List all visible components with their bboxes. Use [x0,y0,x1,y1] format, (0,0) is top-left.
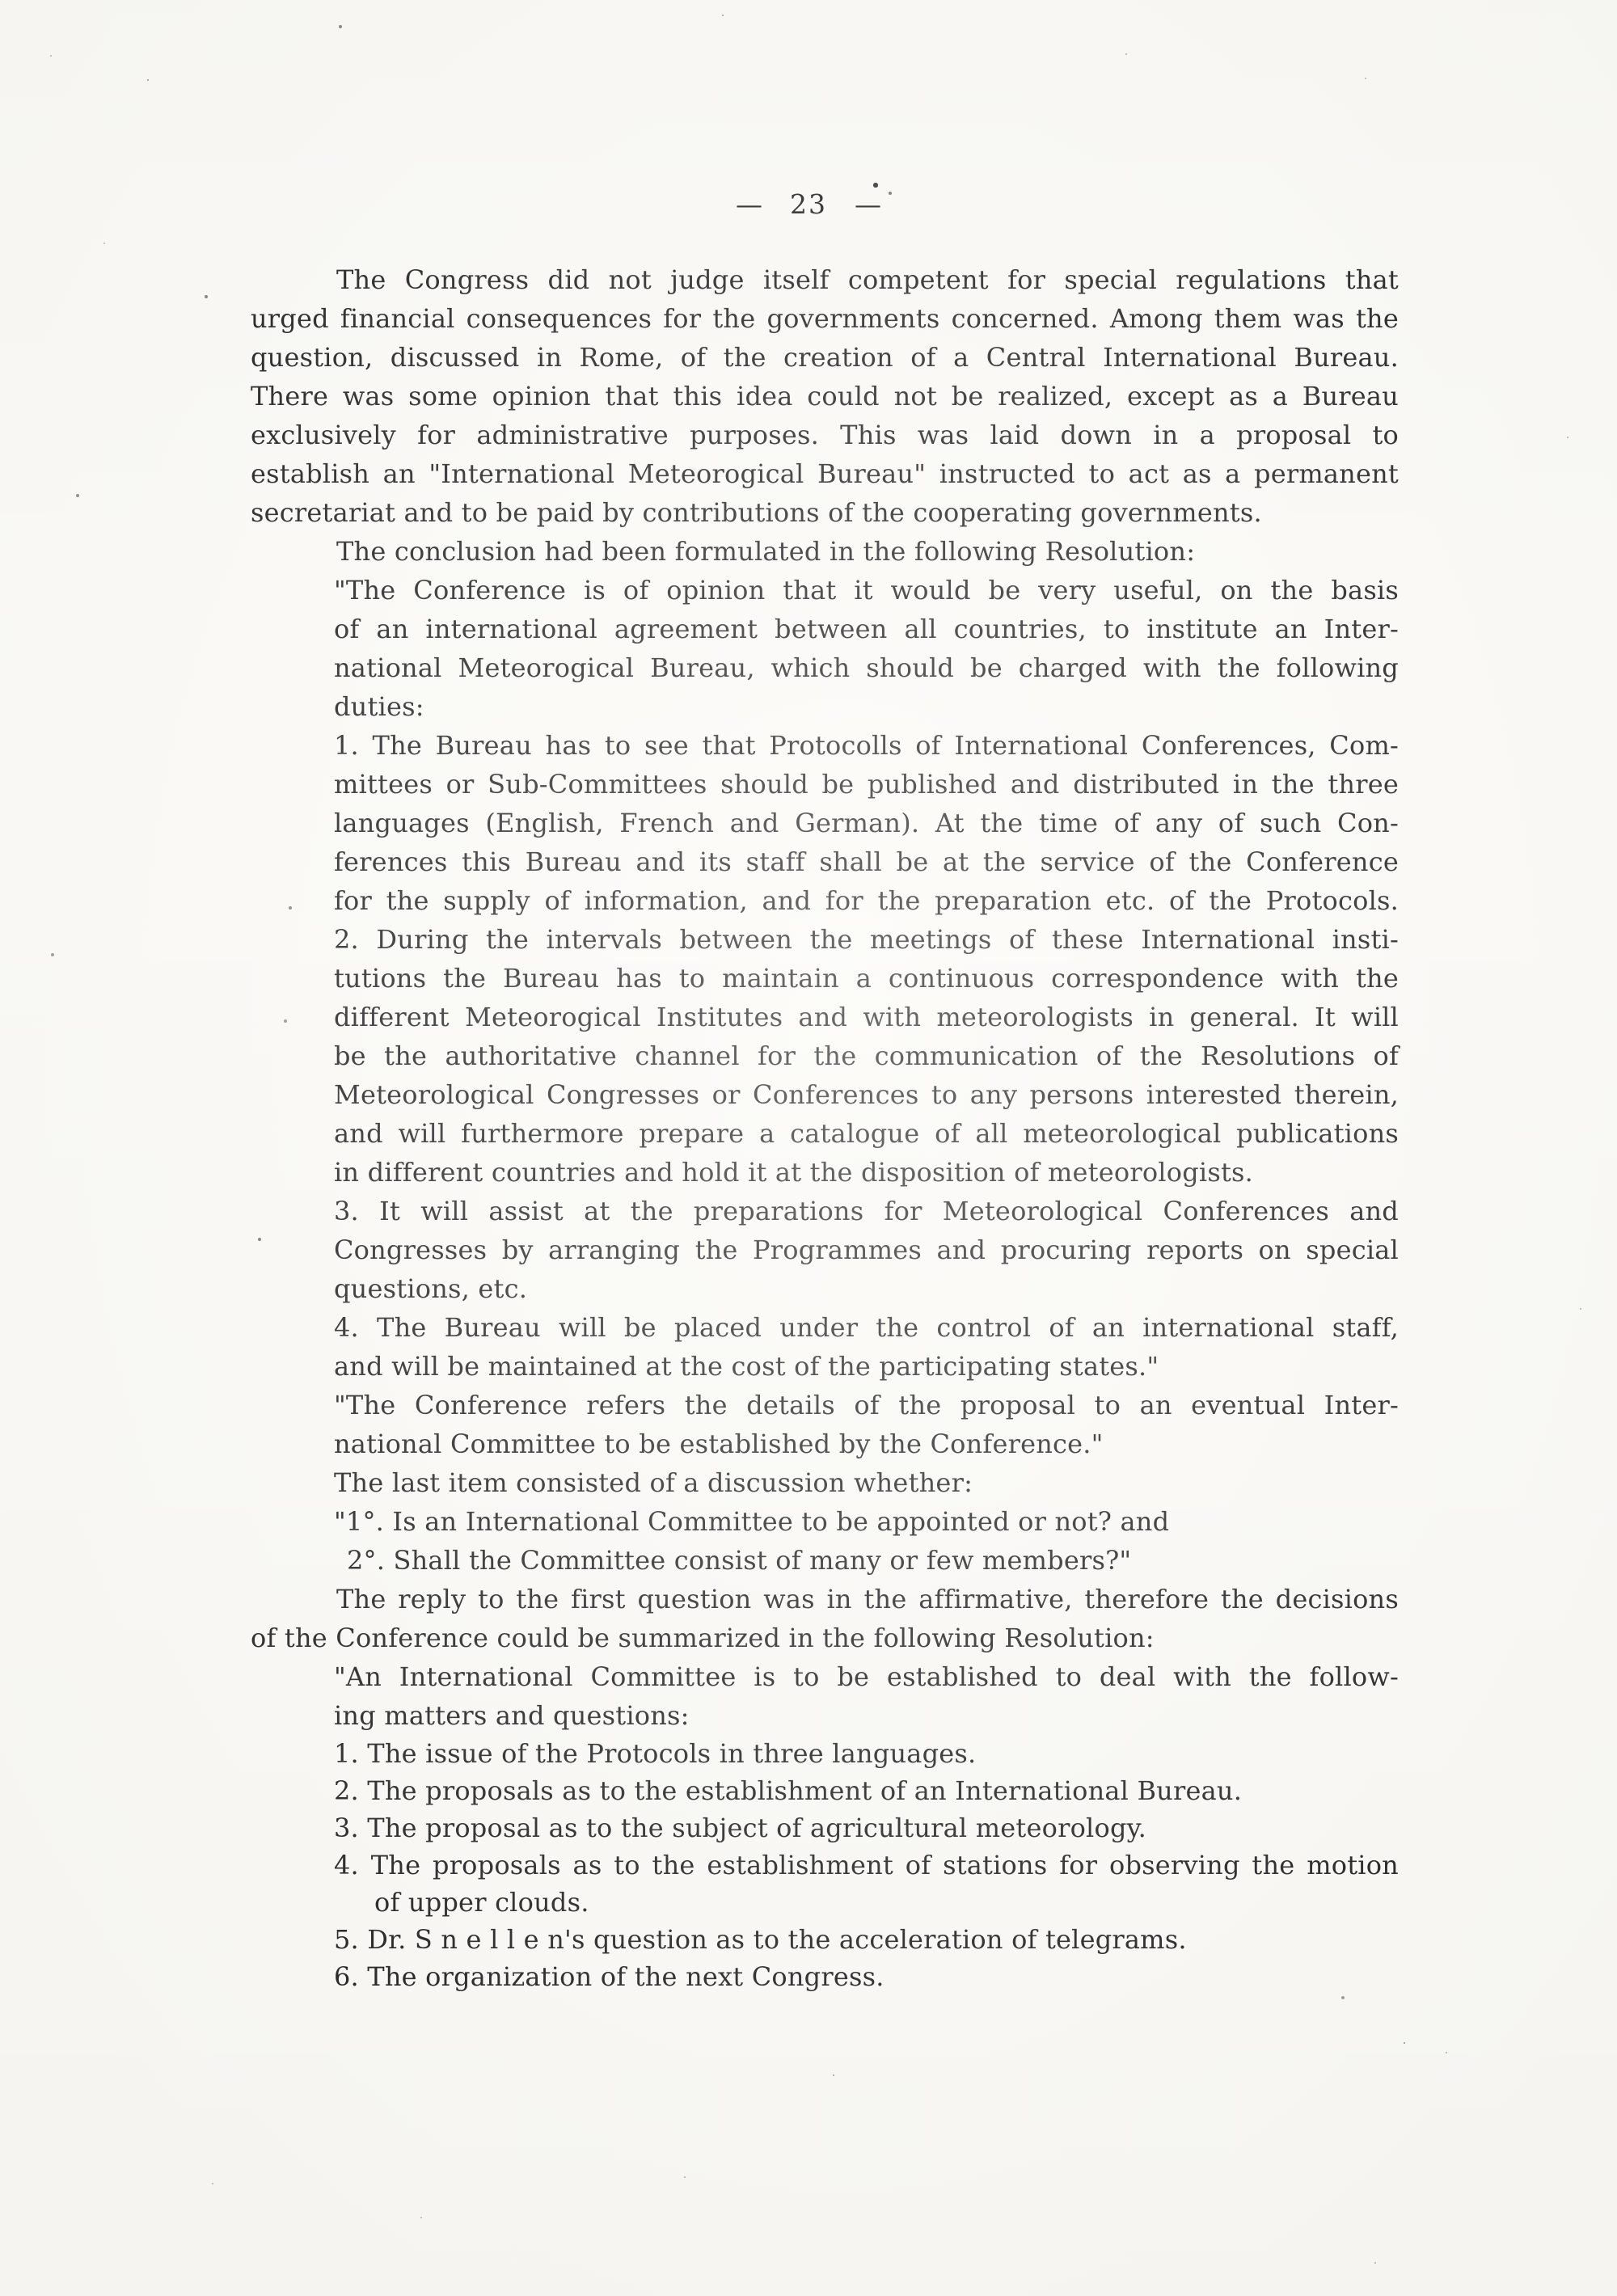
text-line: secretariat and to be paid by contributi… [251,493,1399,532]
text-line: duties: [334,687,1399,726]
text-line: different Meteorogical Institutes and wi… [334,998,1399,1036]
text-line: question, discussed in Rome, of the crea… [251,338,1399,377]
text-line: questions, etc. [334,1269,1399,1308]
committee-matter-1: 1. The issue of the Protocols in three l… [334,1735,1399,1772]
page-number-value: 23 [762,188,855,220]
text-line: 6. The organization of the next Congress… [334,1958,1399,1995]
text-line: for the supply of information, and for t… [334,881,1399,920]
text-line: establish an "International Meteorogical… [251,454,1399,493]
scan-speckles [0,0,2,2]
text-line: be the authoritative channel for the com… [334,1036,1399,1075]
text-line: 2. The proposals as to the establishment… [334,1772,1399,1809]
text-line: national Committee to be established by … [334,1424,1399,1463]
referral-quote: "The Conference refers the details of th… [334,1386,1399,1463]
question-2: 2°. Shall the Committee consist of many … [347,1541,1399,1580]
text-line: The conclusion had been formulated in th… [251,532,1399,571]
committee-matter-5: 5. Dr. S n e l l e n's question as to th… [334,1921,1399,1958]
text-line: "1°. Is an International Committee to be… [334,1502,1399,1541]
text-line: in different countries and hold it at th… [334,1153,1399,1192]
text-line: 1. The issue of the Protocols in three l… [334,1735,1399,1772]
text-line: tutions the Bureau has to maintain a con… [334,959,1399,998]
committee-resolution-quote: "An International Committee is to be est… [334,1657,1399,1735]
text-line: The Congress did not judge itself compet… [251,260,1399,299]
reply-paragraph: The reply to the first question was in t… [251,1580,1399,1657]
committee-matter-3: 3. The proposal as to the subject of agr… [334,1809,1399,1847]
text-line: 2°. Shall the Committee consist of many … [347,1541,1399,1580]
intro-paragraph: The Congress did not judge itself compet… [251,260,1399,532]
bureau-duty-2: 2. During the intervals between the meet… [334,920,1399,1192]
text-line: "The Conference refers the details of th… [334,1386,1399,1424]
page-number-dash-left: — [736,188,762,220]
text-line: The last item consisted of a discussion … [334,1463,1399,1502]
text-line: 3. The proposal as to the subject of agr… [334,1809,1399,1847]
text-line: "The Conference is of opinion that it wo… [334,571,1399,610]
text-line: The reply to the first question was in t… [251,1580,1399,1619]
question-1: "1°. Is an International Committee to be… [334,1502,1399,1541]
text-line: Congresses by arranging the Programmes a… [334,1230,1399,1269]
text-line: and will furthermore prepare a catalogue… [334,1114,1399,1153]
text-line: Meteorological Congresses or Conferences… [334,1075,1399,1114]
text-line: 4. The proposals as to the establishment… [334,1847,1399,1884]
text-line: mittees or Sub-Committees should be publ… [334,765,1399,804]
committee-matter-6: 6. The organization of the next Congress… [334,1958,1399,1995]
document-body: The Congress did not judge itself compet… [0,260,1617,1995]
text-line: 2. During the intervals between the meet… [334,920,1399,959]
page-number-dash-right: — [855,188,881,220]
text-line: There was some opinion that this idea co… [251,377,1399,416]
text-line: of an international agreement between al… [334,610,1399,648]
committee-matter-2: 2. The proposals as to the establishment… [334,1772,1399,1809]
text-line: exclusively for administrative purposes.… [251,416,1399,454]
text-line: of upper clouds. [334,1884,1399,1921]
bureau-duty-3: 3. It will assist at the preparations fo… [334,1192,1399,1308]
text-line: 4. The Bureau will be placed under the c… [334,1308,1399,1347]
text-line: national Meteorogical Bureau, which shou… [334,648,1399,687]
text-line: 5. Dr. S n e l l e n's question as to th… [334,1921,1399,1958]
text-line: ing matters and questions: [334,1696,1399,1735]
text-line: "An International Committee is to be est… [334,1657,1399,1696]
text-line: ferences this Bureau and its staff shall… [334,842,1399,881]
text-line: 3. It will assist at the preparations fo… [334,1192,1399,1230]
text-line: urged financial consequences for the gov… [251,299,1399,338]
text-line: and will be maintained at the cost of th… [334,1347,1399,1386]
text-line: languages (English, French and German). … [334,804,1399,842]
text-line: 1. The Bureau has to see that Protocolls… [334,726,1399,765]
page-number: —23— [0,184,1617,225]
conclusion-lead: The conclusion had been formulated in th… [251,532,1399,571]
text-line: of the Conference could be summarized in… [251,1619,1399,1657]
committee-matter-4: 4. The proposals as to the establishment… [334,1847,1399,1921]
bureau-duty-4: 4. The Bureau will be placed under the c… [334,1308,1399,1386]
bureau-duty-1: 1. The Bureau has to see that Protocolls… [334,726,1399,920]
resolution-preamble-quote: "The Conference is of opinion that it wo… [334,571,1399,726]
last-item-lead: The last item consisted of a discussion … [334,1463,1399,1502]
